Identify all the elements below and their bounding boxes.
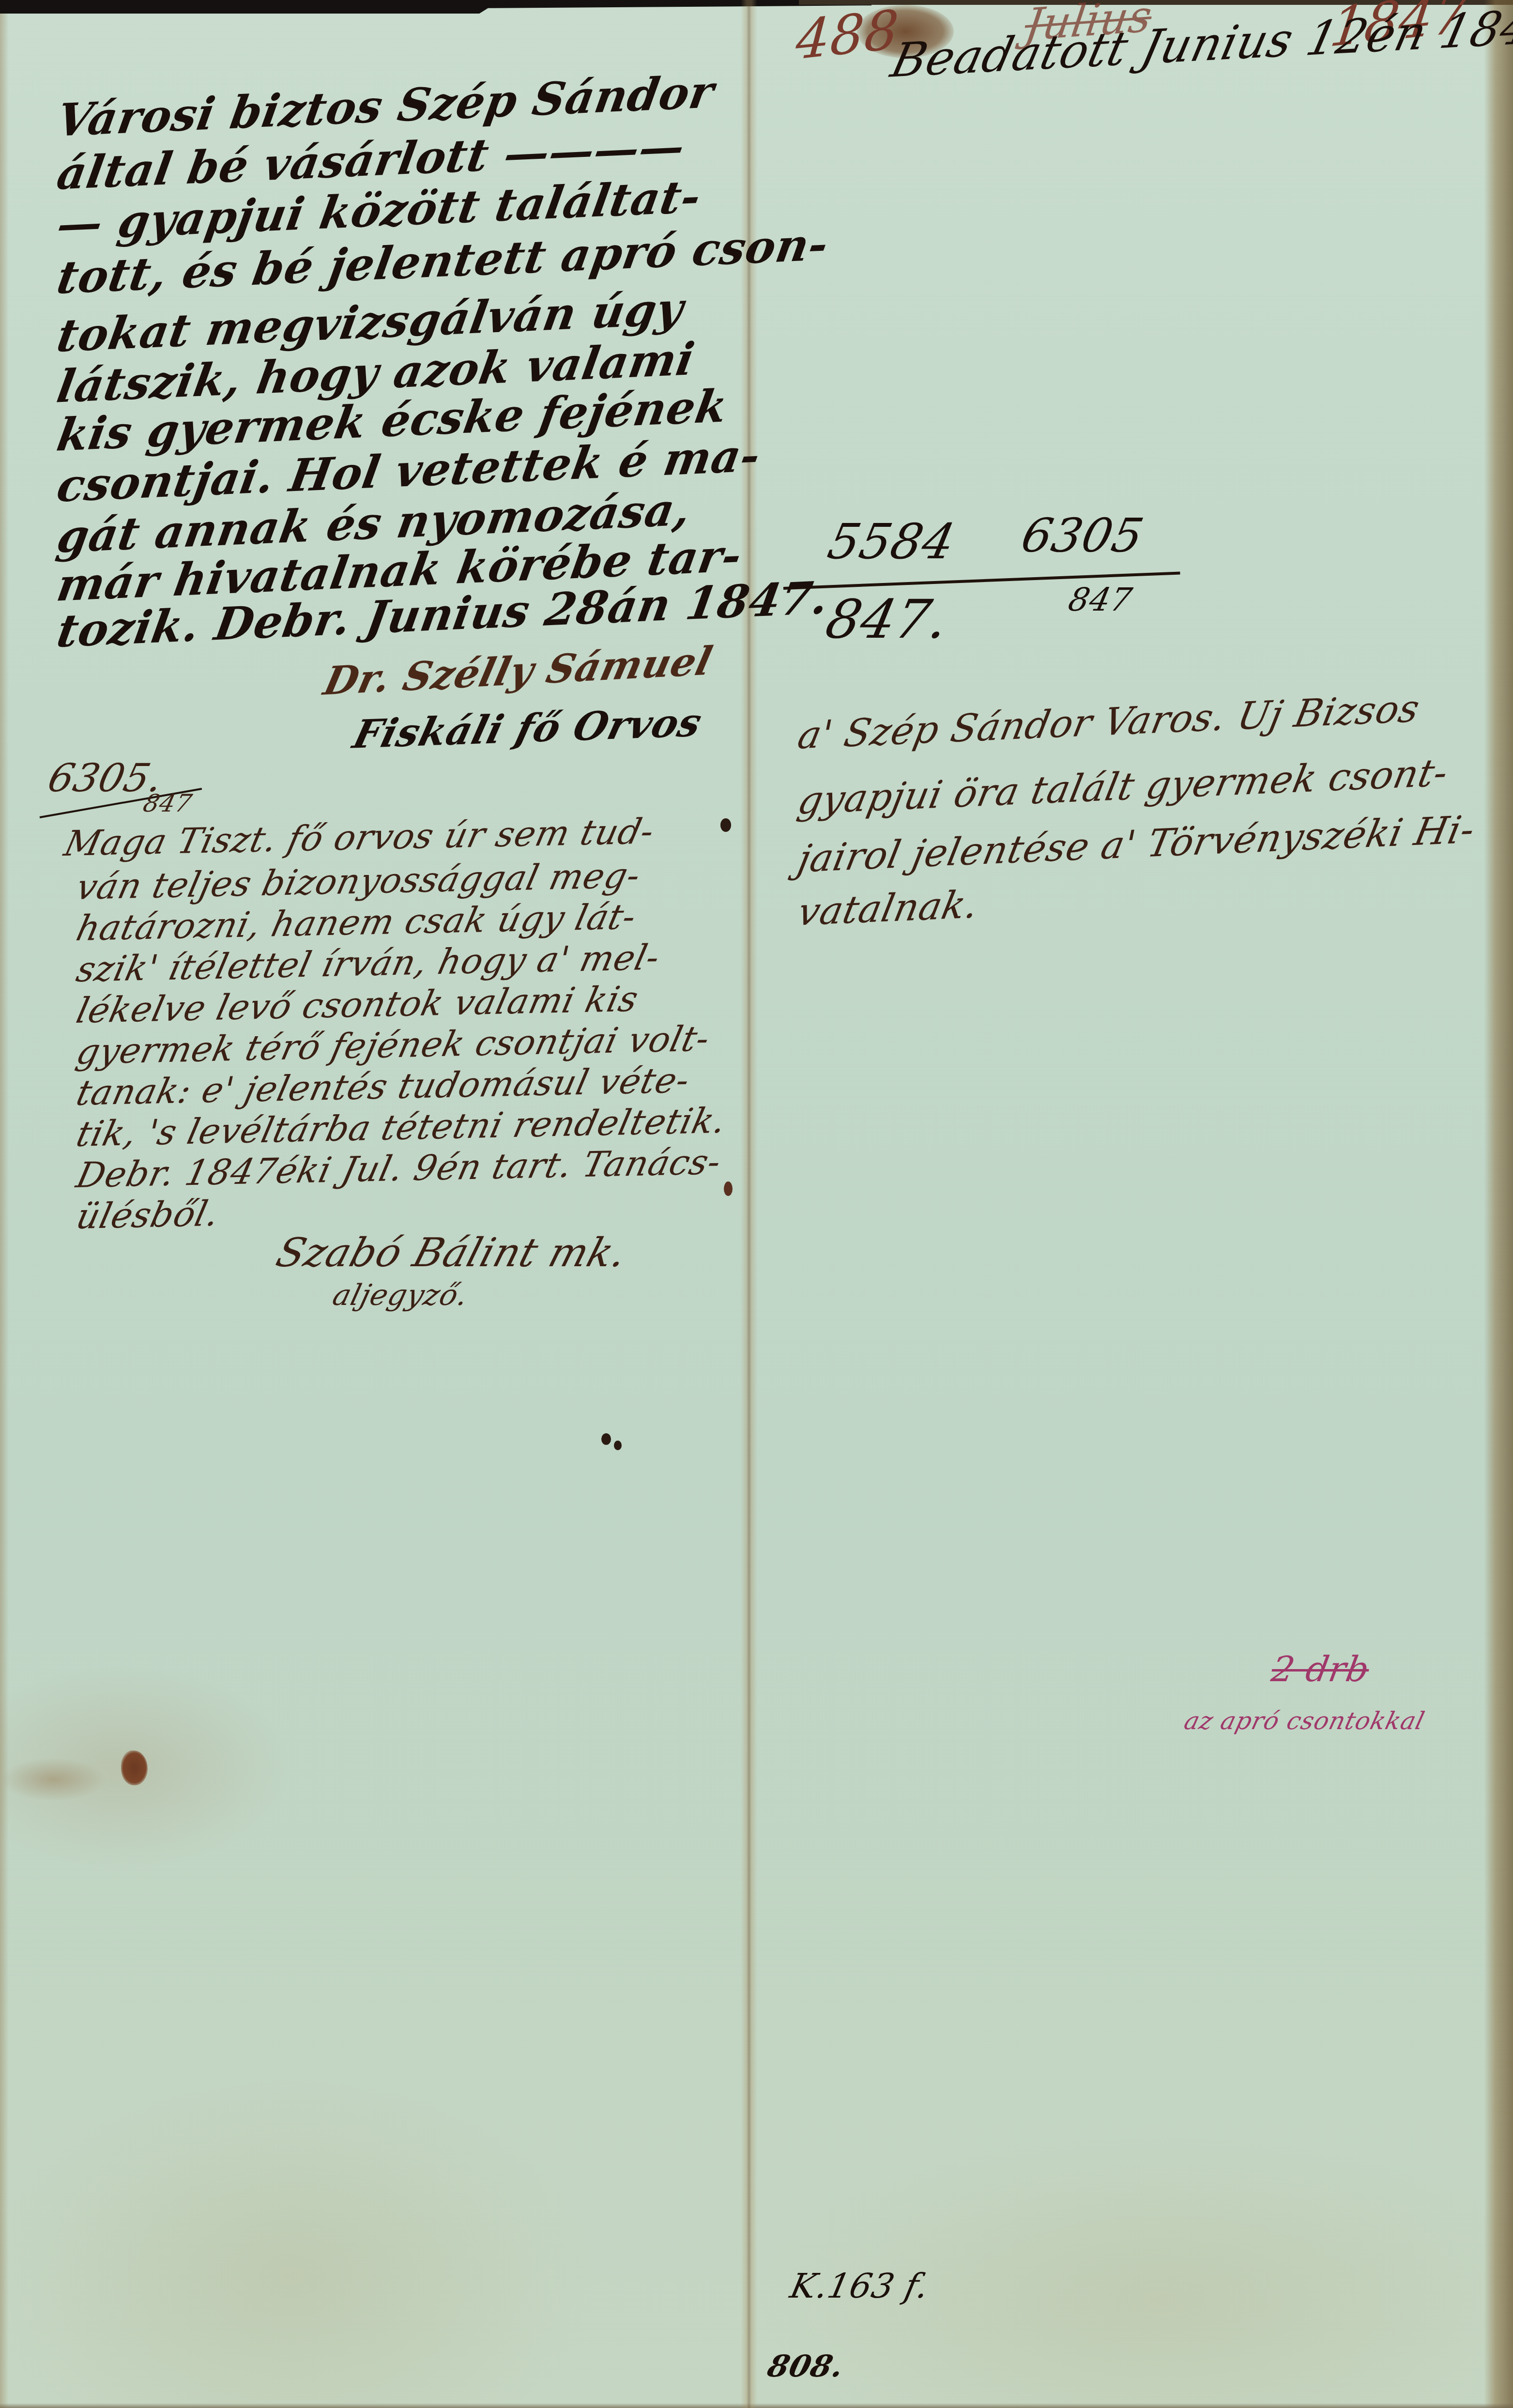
resolution-line: ülésből. bbox=[73, 1193, 223, 1237]
filing-date-note: Beadatott Junius 12én 1847. bbox=[886, 0, 1513, 88]
resolution-ref-year: 847 bbox=[140, 789, 195, 817]
ink-drop-stain bbox=[121, 1750, 148, 1785]
paper-aged-right-edge bbox=[1484, 0, 1513, 2408]
archive-mark-k163: K.163 f. bbox=[787, 2266, 933, 2306]
resolution-signature-name: Szabó Bálint mk. bbox=[271, 1230, 632, 1276]
summary-line: gyapjui öra talált gyermek csont- bbox=[794, 751, 1452, 823]
summary-line: a' Szép Sándor Varos. Uj Bizsos bbox=[794, 687, 1423, 758]
document-page: 488 Julius 1847 Beadatott Junius 12én 18… bbox=[0, 0, 1513, 2408]
ref-right-numerator: 6305 bbox=[1017, 508, 1148, 563]
bones-note: az apró csontokkal bbox=[1181, 1707, 1428, 1735]
resolution-signature-title: aljegyző. bbox=[329, 1278, 472, 1312]
ink-dot bbox=[614, 1441, 622, 1450]
signature-name: Dr. Szélly Sámuel bbox=[320, 638, 717, 704]
ink-dot bbox=[720, 818, 731, 832]
archive-mark-808: 808. bbox=[764, 2348, 848, 2384]
smudge-stain bbox=[0, 1758, 107, 1801]
struck-count-note: 2 drb bbox=[1268, 1649, 1373, 1689]
registry-number: 488 bbox=[794, 0, 901, 72]
center-fold bbox=[741, 0, 757, 2408]
summary-line: jairol jelentése a' Törvényszéki Hi- bbox=[794, 808, 1479, 881]
paper-left-edge bbox=[0, 0, 9, 2408]
signature-title: Fiskáli fő Orvos bbox=[349, 699, 707, 757]
ink-dot bbox=[601, 1433, 611, 1445]
ref-left-numerator: 5584 bbox=[823, 513, 960, 570]
summary-line: vatalnak. bbox=[794, 883, 982, 935]
ink-dot bbox=[724, 1181, 733, 1196]
ref-right-denominator: 847 bbox=[1065, 581, 1135, 618]
ref-left-denominator: 847. bbox=[821, 588, 954, 650]
